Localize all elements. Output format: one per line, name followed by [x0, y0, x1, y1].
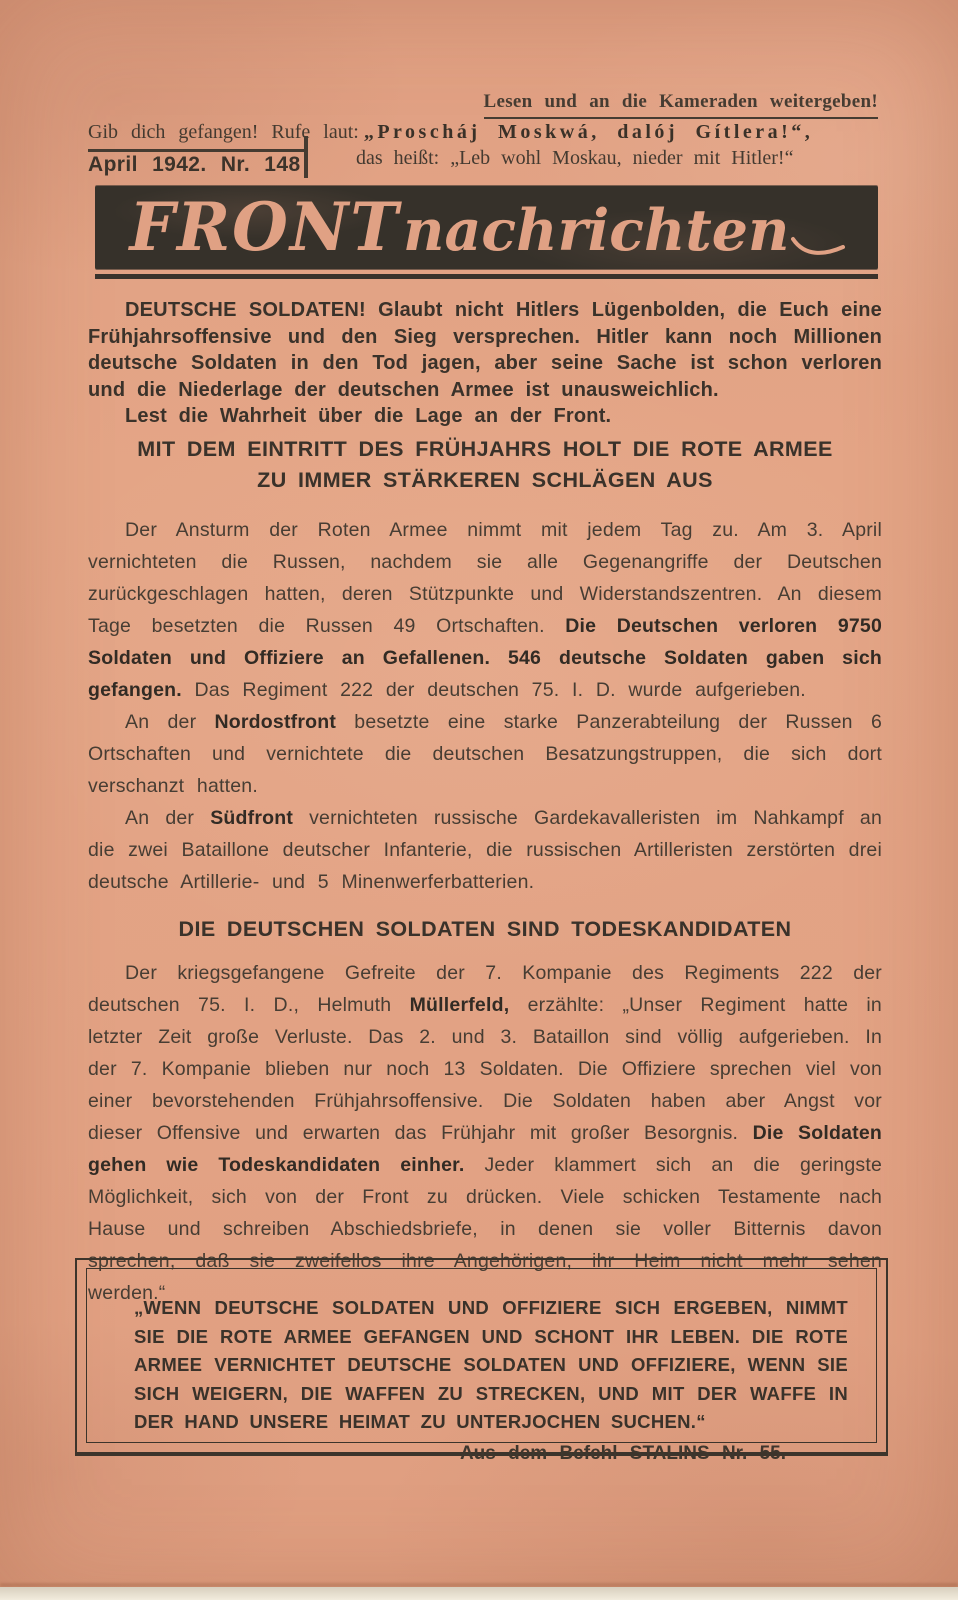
stalin-order-quote: „WENN DEUTSCHE SOLDATEN UND OFFIZIERE SI…	[134, 1294, 848, 1437]
masthead-title-front: FRONT	[130, 194, 401, 261]
article1-paragraph-3: An der Südfront vernichteten russische G…	[88, 802, 882, 898]
article1-headline-line1: MIT DEM EINTRITT DES FRÜHJAHRS HOLT DIE …	[137, 437, 832, 461]
article-column: MIT DEM EINTRITT DES FRÜHJAHRS HOLT DIE …	[88, 434, 882, 1309]
bold-text-run: Müllerfeld,	[410, 994, 510, 1016]
stalin-order-box-inner-border: „WENN DEUTSCHE SOLDATEN UND OFFIZIERE SI…	[86, 1268, 877, 1443]
masthead-underline-rule	[95, 274, 878, 279]
article2-paragraph-1: Der kriegsgefangene Gefreite der 7. Komp…	[88, 957, 882, 1309]
leaflet-page: Lesen und an die Kameraden weitergeben! …	[0, 0, 958, 1600]
masthead-title-nachrichten: nachrichten	[403, 202, 789, 259]
surrender-call-prefix: Gib dich gefangen! Rufe laut:	[88, 121, 359, 143]
text-run: An der	[125, 711, 215, 733]
scanner-bed-edge	[0, 1587, 958, 1600]
bold-text-run: Südfront	[210, 807, 293, 829]
text-run: Das Regiment 222 der deutschen 75. I. D.…	[182, 679, 806, 701]
header-vertical-bar	[304, 136, 308, 178]
lead-appeal: DEUTSCHE SOLDATEN! Glaubt nicht Hitlers …	[88, 297, 882, 430]
article1-headline: MIT DEM EINTRITT DES FRÜHJAHRS HOLT DIE …	[88, 434, 882, 496]
article2-headline: DIE DEUTSCHEN SOLDATEN SIND TODESKANDIDA…	[88, 914, 882, 945]
bold-text-run: Nordostfront	[215, 711, 337, 733]
article1-paragraph-1: Der Ansturm der Roten Armee nimmt mit je…	[88, 514, 882, 706]
text-run: An der	[125, 807, 210, 829]
stalin-order-attribution: Aus dem Befehl STALINS Nr. 55.	[134, 1443, 786, 1465]
masthead-banner: FRONT nachrichten	[95, 186, 878, 269]
translation-line: das heißt: „Leb wohl Moskau, nieder mit …	[356, 147, 793, 170]
lead-paragraph: DEUTSCHE SOLDATEN! Glaubt nicht Hitlers …	[88, 297, 882, 403]
surrender-call-russian-quote: „Proscháj Moskwá, dalój Gítlera!“,	[364, 121, 814, 143]
article1-headline-line2: ZU IMMER STÄRKEREN SCHLÄGEN AUS	[257, 468, 713, 492]
lead-read-truth-line: Lest die Wahrheit über die Lage an der F…	[88, 403, 882, 430]
masthead-script-tail-flourish	[791, 233, 845, 259]
header-rule	[88, 149, 307, 152]
surrender-call-line: Gib dich gefangen! Rufe laut: „Proscháj …	[88, 121, 888, 144]
stalin-order-box: „WENN DEUTSCHE SOLDATEN UND OFFIZIERE SI…	[75, 1258, 888, 1456]
pass-on-note: Lesen und an die Kameraden weitergeben!	[484, 91, 879, 119]
issue-date-number: April 1942. Nr. 148	[88, 153, 301, 177]
article1-paragraph-2: An der Nordostfront besetzte eine starke…	[88, 706, 882, 802]
